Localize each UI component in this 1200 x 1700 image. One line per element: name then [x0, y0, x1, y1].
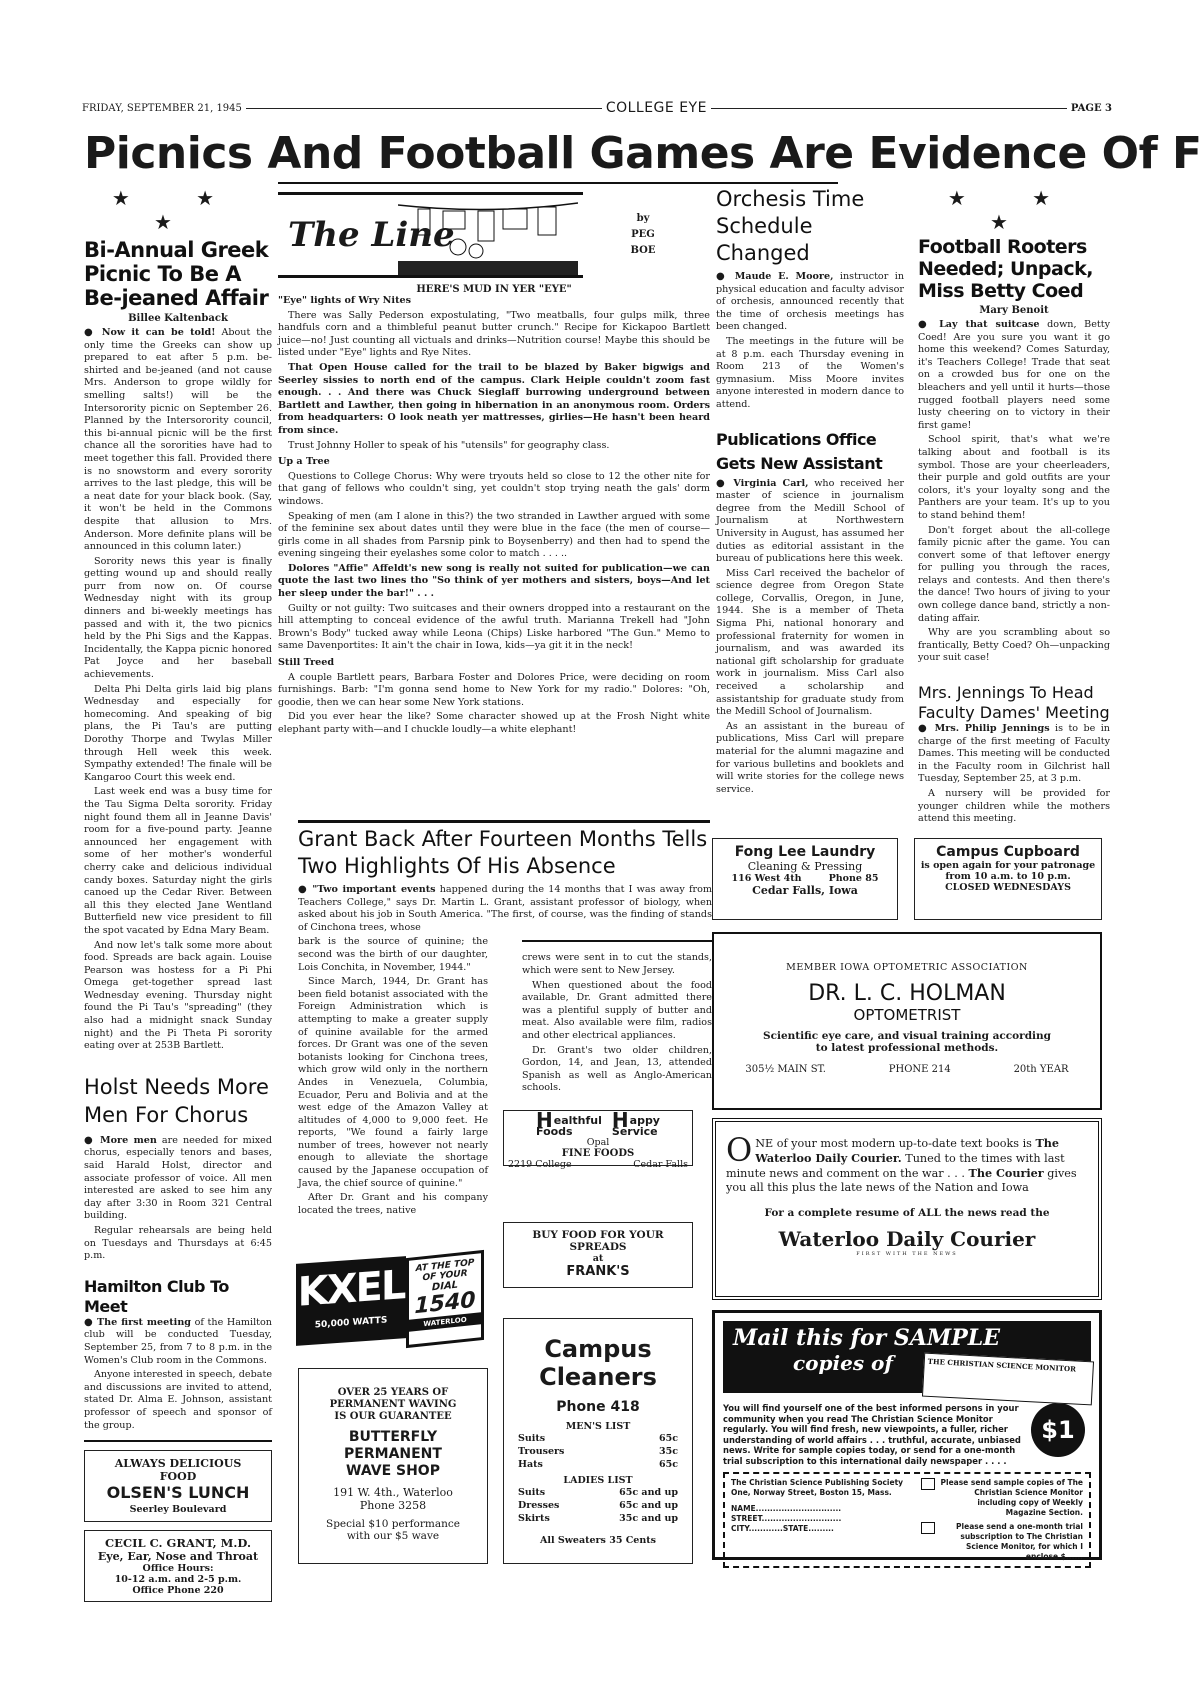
bullet-icon: ● — [84, 1135, 100, 1146]
bullet-icon: ● — [84, 327, 102, 338]
the-line-logo-art: The Line — [278, 192, 583, 278]
football-body: ● Lay that suitcase down, Betty Coed! Ar… — [918, 319, 1110, 665]
coupon-form: The Christian Science Publishing Society… — [723, 1472, 1091, 1568]
monitor-masthead-image: THE CHRISTIAN SCIENCE MONITOR — [922, 1353, 1094, 1406]
bullet-icon: ● — [716, 478, 733, 489]
ad-butterfly-wave-shop: OVER 25 YEARS OF PERMANENT WAVING IS OUR… — [298, 1368, 488, 1564]
publications-headline: Publications Office Gets New Assistant — [716, 428, 904, 476]
price-row: Skirts35c and up — [518, 1512, 678, 1525]
the-line-column: The Line by PEG BOE HERE'S MUD IN YER "E… — [278, 192, 710, 739]
ad-campus-cupboard: Campus Cupboard is open again for your p… — [914, 838, 1102, 920]
masthead: COLLEGE EYE — [606, 100, 707, 116]
grant-col-2: crews were sent in to cut the stands, wh… — [522, 952, 712, 1095]
price-badge: $1 — [1031, 1403, 1085, 1457]
football-byline: Mary Benoit — [918, 305, 1110, 316]
sample-copies-checkbox[interactable] — [921, 1478, 935, 1490]
section-rule — [84, 1440, 272, 1442]
ad-christian-science-monitor: Mail this for SAMPLE copies of THE CHRIS… — [712, 1310, 1102, 1560]
clothesline-illustration-icon — [398, 197, 578, 277]
holst-headline: Holst Needs More Men For Chorus — [84, 1073, 272, 1129]
ad-kxel-radio: KXEL 50,000 WATTS AT THE TOP OF YOUR DIA… — [296, 1254, 486, 1346]
publications-body: ● Virginia Carl, who received her master… — [716, 478, 904, 797]
greek-picnic-byline: Billee Kaltenback — [84, 313, 272, 324]
folio-line: FRIDAY, SEPTEMBER 21, 1945 COLLEGE EYE P… — [82, 100, 1112, 116]
ad-franks: BUY FOOD FOR YOUR SPREADS at FRANK'S — [503, 1222, 693, 1288]
column-5: ★ ★ ★ Football Rooters Needed; Unpack, M… — [918, 186, 1110, 828]
folio-rule — [711, 108, 1067, 109]
ad-fong-lee-laundry: Fong Lee Laundry Cleaning & Pressing 116… — [712, 838, 898, 920]
trial-subscription-checkbox[interactable] — [921, 1522, 935, 1534]
folio-rule — [246, 108, 602, 109]
ad-cecil-grant: CECIL C. GRANT, M.D. Eye, Ear, Nose and … — [84, 1530, 272, 1602]
the-line-title: HERE'S MUD IN YER "EYE" — [278, 284, 710, 295]
ad-opal-fine-foods: HealthfulFoods HappyService Opal FINE FO… — [503, 1110, 693, 1166]
ad-campus-cleaners: Campus Cleaners Phone 418 MEN'S LIST Sui… — [503, 1318, 693, 1564]
banner-rule — [278, 182, 838, 184]
hamilton-body: ● The first meeting of the Hamilton club… — [84, 1317, 272, 1432]
price-row: Suits65c — [518, 1432, 678, 1445]
price-row: Hats65c — [518, 1458, 678, 1471]
price-row: Trousers35c — [518, 1445, 678, 1458]
jennings-body: ● Mrs. Philip Jennings is to be in charg… — [918, 723, 1110, 826]
holst-body: ● More men are needed for mixed chorus, … — [84, 1135, 272, 1263]
grant-col-1: bark is the source of quinine; the secon… — [298, 936, 488, 1219]
jennings-headline: Mrs. Jennings To Head Faculty Dames' Mee… — [918, 683, 1110, 723]
ad-olsens-lunch: ALWAYS DELICIOUS FOOD OLSEN'S LUNCH Seer… — [84, 1450, 272, 1522]
star-ornament: ★ ★ ★ — [918, 186, 1110, 234]
issue-date: FRIDAY, SEPTEMBER 21, 1945 — [82, 103, 242, 114]
section-rule — [522, 940, 712, 942]
greek-picnic-body: ● Now it can be told! About the only tim… — [84, 327, 272, 1053]
the-line-byline: by PEG BOE — [583, 211, 703, 259]
ad-holman-optometrist: MEMBER IOWA OPTOMETRIC ASSOCIATION DR. L… — [712, 932, 1102, 1110]
orchesis-headline: Orchesis Time Schedule Changed — [716, 186, 904, 267]
bullet-icon: ● — [298, 884, 312, 895]
hamilton-headline: Hamilton Club To Meet — [84, 1277, 272, 1317]
bullet-icon: ● — [84, 1317, 97, 1328]
football-headline: Football Rooters Needed; Unpack, Miss Be… — [918, 236, 1110, 302]
courier-logo: Waterloo Daily Courier — [726, 1227, 1088, 1251]
star-ornament: ★ ★ ★ — [84, 186, 272, 234]
bullet-icon: ● — [918, 723, 935, 734]
bullet-icon: ● — [918, 319, 939, 330]
grant-headline: Grant Back After Fourteen Months Tells T… — [298, 826, 712, 880]
column-1: ★ ★ ★ Bi-Annual Greek Picnic To Be A Be-… — [84, 186, 272, 1602]
section-rule — [298, 820, 710, 823]
price-row: Dresses65c and up — [518, 1499, 678, 1512]
price-row: Suits65c and up — [518, 1486, 678, 1499]
banner-headline: Picnics And Football Games Are Evidence … — [84, 128, 1114, 180]
the-line-body: "Eye" lights of Wry Nites There was Sall… — [278, 295, 710, 737]
bullet-icon: ● — [716, 271, 735, 282]
greek-picnic-headline: Bi-Annual Greek Picnic To Be A Be-jeaned… — [84, 238, 272, 310]
page-number: PAGE 3 — [1071, 103, 1112, 114]
column-4: Orchesis Time Schedule Changed ● Maude E… — [716, 186, 904, 798]
orchesis-body: ● Maude E. Moore, instructor in physical… — [716, 271, 904, 412]
ad-waterloo-daily-courier: O NE of your most modern up-to-date text… — [712, 1118, 1102, 1300]
